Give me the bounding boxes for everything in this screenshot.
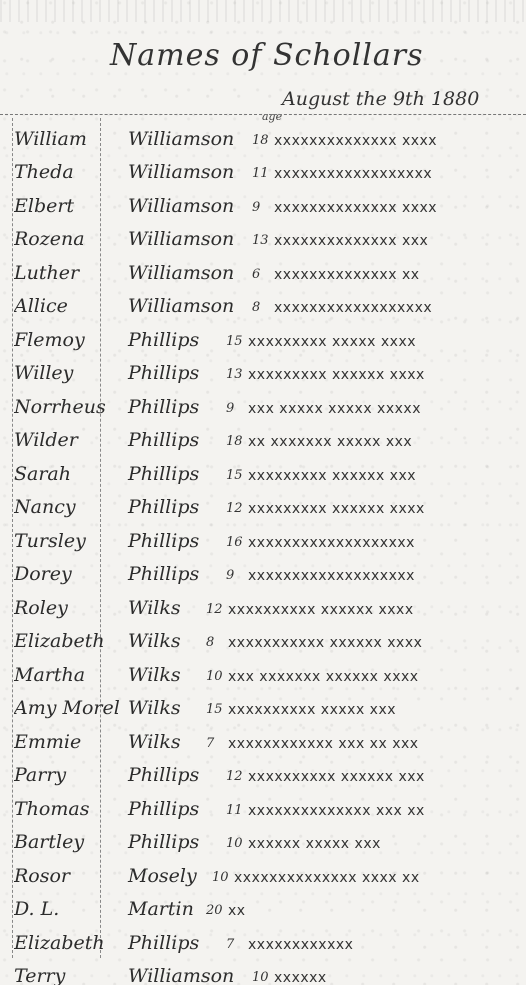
age: 8 — [252, 300, 260, 315]
first-name: Martha — [14, 664, 124, 686]
scholar-row: RozenaWilliamson13xxxxxxxxxxxxxx xxx — [0, 221, 526, 255]
attendance-marks: xxxxxxxxx xxxxx xxxx — [248, 334, 416, 350]
scan-noise — [0, 0, 526, 22]
attendance-marks: xxxxxx xxxxx xxx — [248, 836, 381, 852]
attendance-marks: xxxxxxxxx xxxxxx xxxx — [248, 367, 425, 383]
first-name: Luther — [14, 262, 124, 284]
age: 6 — [252, 267, 260, 282]
age: 10 — [252, 970, 269, 985]
scholar-row: WilderPhillips18xx xxxxxxx xxxxx xxx — [0, 422, 526, 456]
last-name: Martin — [128, 898, 194, 920]
first-name: Amy Morel — [14, 697, 124, 719]
document-title: Names of Schollars — [110, 38, 424, 73]
age: 8 — [206, 635, 214, 650]
header-rule — [0, 114, 526, 115]
scholar-row: TerryWilliamson10xxxxxx — [0, 958, 526, 985]
first-name: Allice — [14, 295, 124, 317]
scholar-row: MarthaWilks10xxx xxxxxxx xxxxxx xxxx — [0, 656, 526, 690]
age: 12 — [206, 602, 223, 617]
last-name: Phillips — [128, 563, 199, 585]
last-name: Phillips — [128, 764, 199, 786]
first-name: Elizabeth — [14, 630, 124, 652]
first-name: Wilder — [14, 429, 124, 451]
attendance-marks: xxxxxxxxxx xxxxxx xxx — [248, 769, 425, 785]
first-name: Emmie — [14, 731, 124, 753]
scholar-row: NorrheusPhillips9xxx xxxxx xxxxx xxxxx — [0, 388, 526, 422]
scholar-row: NancyPhillips12xxxxxxxxx xxxxxx xxxx — [0, 489, 526, 523]
age: 9 — [226, 401, 234, 416]
last-name: Phillips — [128, 530, 199, 552]
scholar-row: ThomasPhillips11xxxxxxxxxxxxxx xxx xx — [0, 790, 526, 824]
first-name: Willey — [14, 362, 124, 384]
age: 10 — [212, 870, 229, 885]
first-name: Tursley — [14, 530, 124, 552]
first-name: Roley — [14, 597, 124, 619]
attendance-marks: xxxxxxxxxx xxxxx xxx — [228, 702, 396, 718]
last-name: Phillips — [128, 798, 199, 820]
attendance-marks: xxxxxxxxxxxxxxxxxx — [274, 166, 432, 182]
last-name: Phillips — [128, 362, 199, 384]
attendance-marks: xxxxxxxxxxxxxx xx — [274, 267, 420, 283]
attendance-marks: xxx xxxxx xxxxx xxxxx — [248, 401, 421, 417]
first-name: Theda — [14, 161, 124, 183]
first-name: Nancy — [14, 496, 124, 518]
scholar-row: SarahPhillips15xxxxxxxxx xxxxxx xxx — [0, 455, 526, 489]
scholar-row: TursleyPhillips16xxxxxxxxxxxxxxxxxxx — [0, 522, 526, 556]
scholar-row: AlliceWilliamson8xxxxxxxxxxxxxxxxxx — [0, 288, 526, 322]
attendance-marks: xxxxxxxxxxxxxx xxx xx — [248, 803, 425, 819]
last-name: Phillips — [128, 932, 199, 954]
scholar-row: WilleyPhillips13xxxxxxxxx xxxxxx xxxx — [0, 355, 526, 389]
age: 18 — [252, 133, 269, 148]
last-name: Wilks — [128, 697, 181, 719]
age: 10 — [206, 669, 223, 684]
last-name: Mosely — [128, 865, 197, 887]
age: 18 — [226, 434, 243, 449]
age: 15 — [206, 702, 223, 717]
age: 9 — [252, 200, 260, 215]
age: 15 — [226, 334, 243, 349]
attendance-marks: xxxxxxxxxxxxxx xxx — [274, 233, 428, 249]
last-name: Phillips — [128, 329, 199, 351]
age: 10 — [226, 836, 243, 851]
attendance-marks: xx — [228, 903, 246, 919]
last-name: Williamson — [128, 228, 234, 250]
age: 7 — [226, 937, 234, 952]
scholar-row: LutherWilliamson6xxxxxxxxxxxxxx xx — [0, 254, 526, 288]
first-name: Norrheus — [14, 396, 124, 418]
scholar-row: RosorMosely10xxxxxxxxxxxxxx xxxx xx — [0, 857, 526, 891]
scholar-row: ThedaWilliamson11xxxxxxxxxxxxxxxxxx — [0, 154, 526, 188]
scholar-row: ElizabethWilks8xxxxxxxxxxx xxxxxx xxxx — [0, 623, 526, 657]
attendance-marks: xxxxxxxxxxxxxx xxxx — [274, 200, 437, 216]
scholar-row: WilliamWilliamson18xxxxxxxxxxxxxx xxxx — [0, 120, 526, 154]
first-name: Thomas — [14, 798, 124, 820]
scholar-row: BartleyPhillips10xxxxxx xxxxx xxx — [0, 824, 526, 858]
last-name: Williamson — [128, 295, 234, 317]
attendance-marks: xxxxxxxxxxxxxx xxxx — [274, 133, 437, 149]
last-name: Phillips — [128, 463, 199, 485]
last-name: Wilks — [128, 664, 181, 686]
scholar-row: DoreyPhillips9xxxxxxxxxxxxxxxxxxx — [0, 556, 526, 590]
last-name: Williamson — [128, 195, 234, 217]
scholar-row: ElbertWilliamson9xxxxxxxxxxxxxx xxxx — [0, 187, 526, 221]
first-name: Elbert — [14, 195, 124, 217]
age: 15 — [226, 468, 243, 483]
attendance-marks: xxxxxxxxxx xxxxxx xxxx — [228, 602, 414, 618]
last-name: Phillips — [128, 496, 199, 518]
age: 13 — [252, 233, 269, 248]
age: 16 — [226, 535, 243, 550]
first-name: Elizabeth — [14, 932, 124, 954]
age: 7 — [206, 736, 214, 751]
scholar-row: Amy MorelWilks15xxxxxxxxxx xxxxx xxx — [0, 690, 526, 724]
attendance-marks: xxxxxxxxx xxxxxx xxxx — [248, 501, 425, 517]
attendance-marks: xxxxxxxxxxxx — [248, 937, 353, 953]
scanned-page: Names of Schollars August the 9th 1880 a… — [0, 0, 526, 985]
last-name: Phillips — [128, 831, 199, 853]
age: 13 — [226, 367, 243, 382]
age: 11 — [252, 166, 269, 181]
attendance-marks: xxxxxxxxx xxxxxx xxx — [248, 468, 416, 484]
last-name: Williamson — [128, 161, 234, 183]
age: 12 — [226, 769, 243, 784]
age: 12 — [226, 501, 243, 516]
age: 11 — [226, 803, 243, 818]
last-name: Phillips — [128, 429, 199, 451]
first-name: Flemoy — [14, 329, 124, 351]
scholar-row: EmmieWilks7xxxxxxxxxxxx xxx xx xxx — [0, 723, 526, 757]
attendance-marks: xxxxxxxxxxx xxxxxx xxxx — [228, 635, 422, 651]
first-name: William — [14, 128, 124, 150]
last-name: Williamson — [128, 965, 234, 985]
attendance-marks: xx xxxxxxx xxxxx xxx — [248, 434, 412, 450]
first-name: Sarah — [14, 463, 124, 485]
age: 20 — [206, 903, 223, 918]
scholar-row: D. L.Martin20xx — [0, 891, 526, 925]
first-name: D. L. — [14, 898, 124, 920]
last-name: Wilks — [128, 630, 181, 652]
attendance-marks: xxxxxxxxxxxxxxxxxx — [274, 300, 432, 316]
attendance-marks: xxxxxx — [274, 970, 327, 985]
first-name: Bartley — [14, 831, 124, 853]
attendance-marks: xxxxxxxxxxxxxx xxxx xx — [234, 870, 420, 886]
attendance-marks: xxxxxxxxxxxxxxxxxxx — [248, 535, 415, 551]
first-name: Terry — [14, 965, 124, 985]
age: 9 — [226, 568, 234, 583]
scholar-row: RoleyWilks12xxxxxxxxxx xxxxxx xxxx — [0, 589, 526, 623]
scholar-row: ElizabethPhillips7xxxxxxxxxxxx — [0, 924, 526, 958]
last-name: Wilks — [128, 731, 181, 753]
document-date: August the 9th 1880 — [282, 88, 479, 110]
first-name: Parry — [14, 764, 124, 786]
first-name: Rozena — [14, 228, 124, 250]
last-name: Williamson — [128, 262, 234, 284]
last-name: Williamson — [128, 128, 234, 150]
attendance-marks: xxxxxxxxxxxx xxx xx xxx — [228, 736, 419, 752]
first-name: Rosor — [14, 865, 124, 887]
scholar-list: WilliamWilliamson18xxxxxxxxxxxxxx xxxxTh… — [0, 120, 526, 985]
attendance-marks: xxxxxxxxxxxxxxxxxxx — [248, 568, 415, 584]
first-name: Dorey — [14, 563, 124, 585]
attendance-marks: xxx xxxxxxx xxxxxx xxxx — [228, 669, 419, 685]
last-name: Phillips — [128, 396, 199, 418]
scholar-row: FlemoyPhillips15xxxxxxxxx xxxxx xxxx — [0, 321, 526, 355]
scholar-row: ParryPhillips12xxxxxxxxxx xxxxxx xxx — [0, 757, 526, 791]
last-name: Wilks — [128, 597, 181, 619]
